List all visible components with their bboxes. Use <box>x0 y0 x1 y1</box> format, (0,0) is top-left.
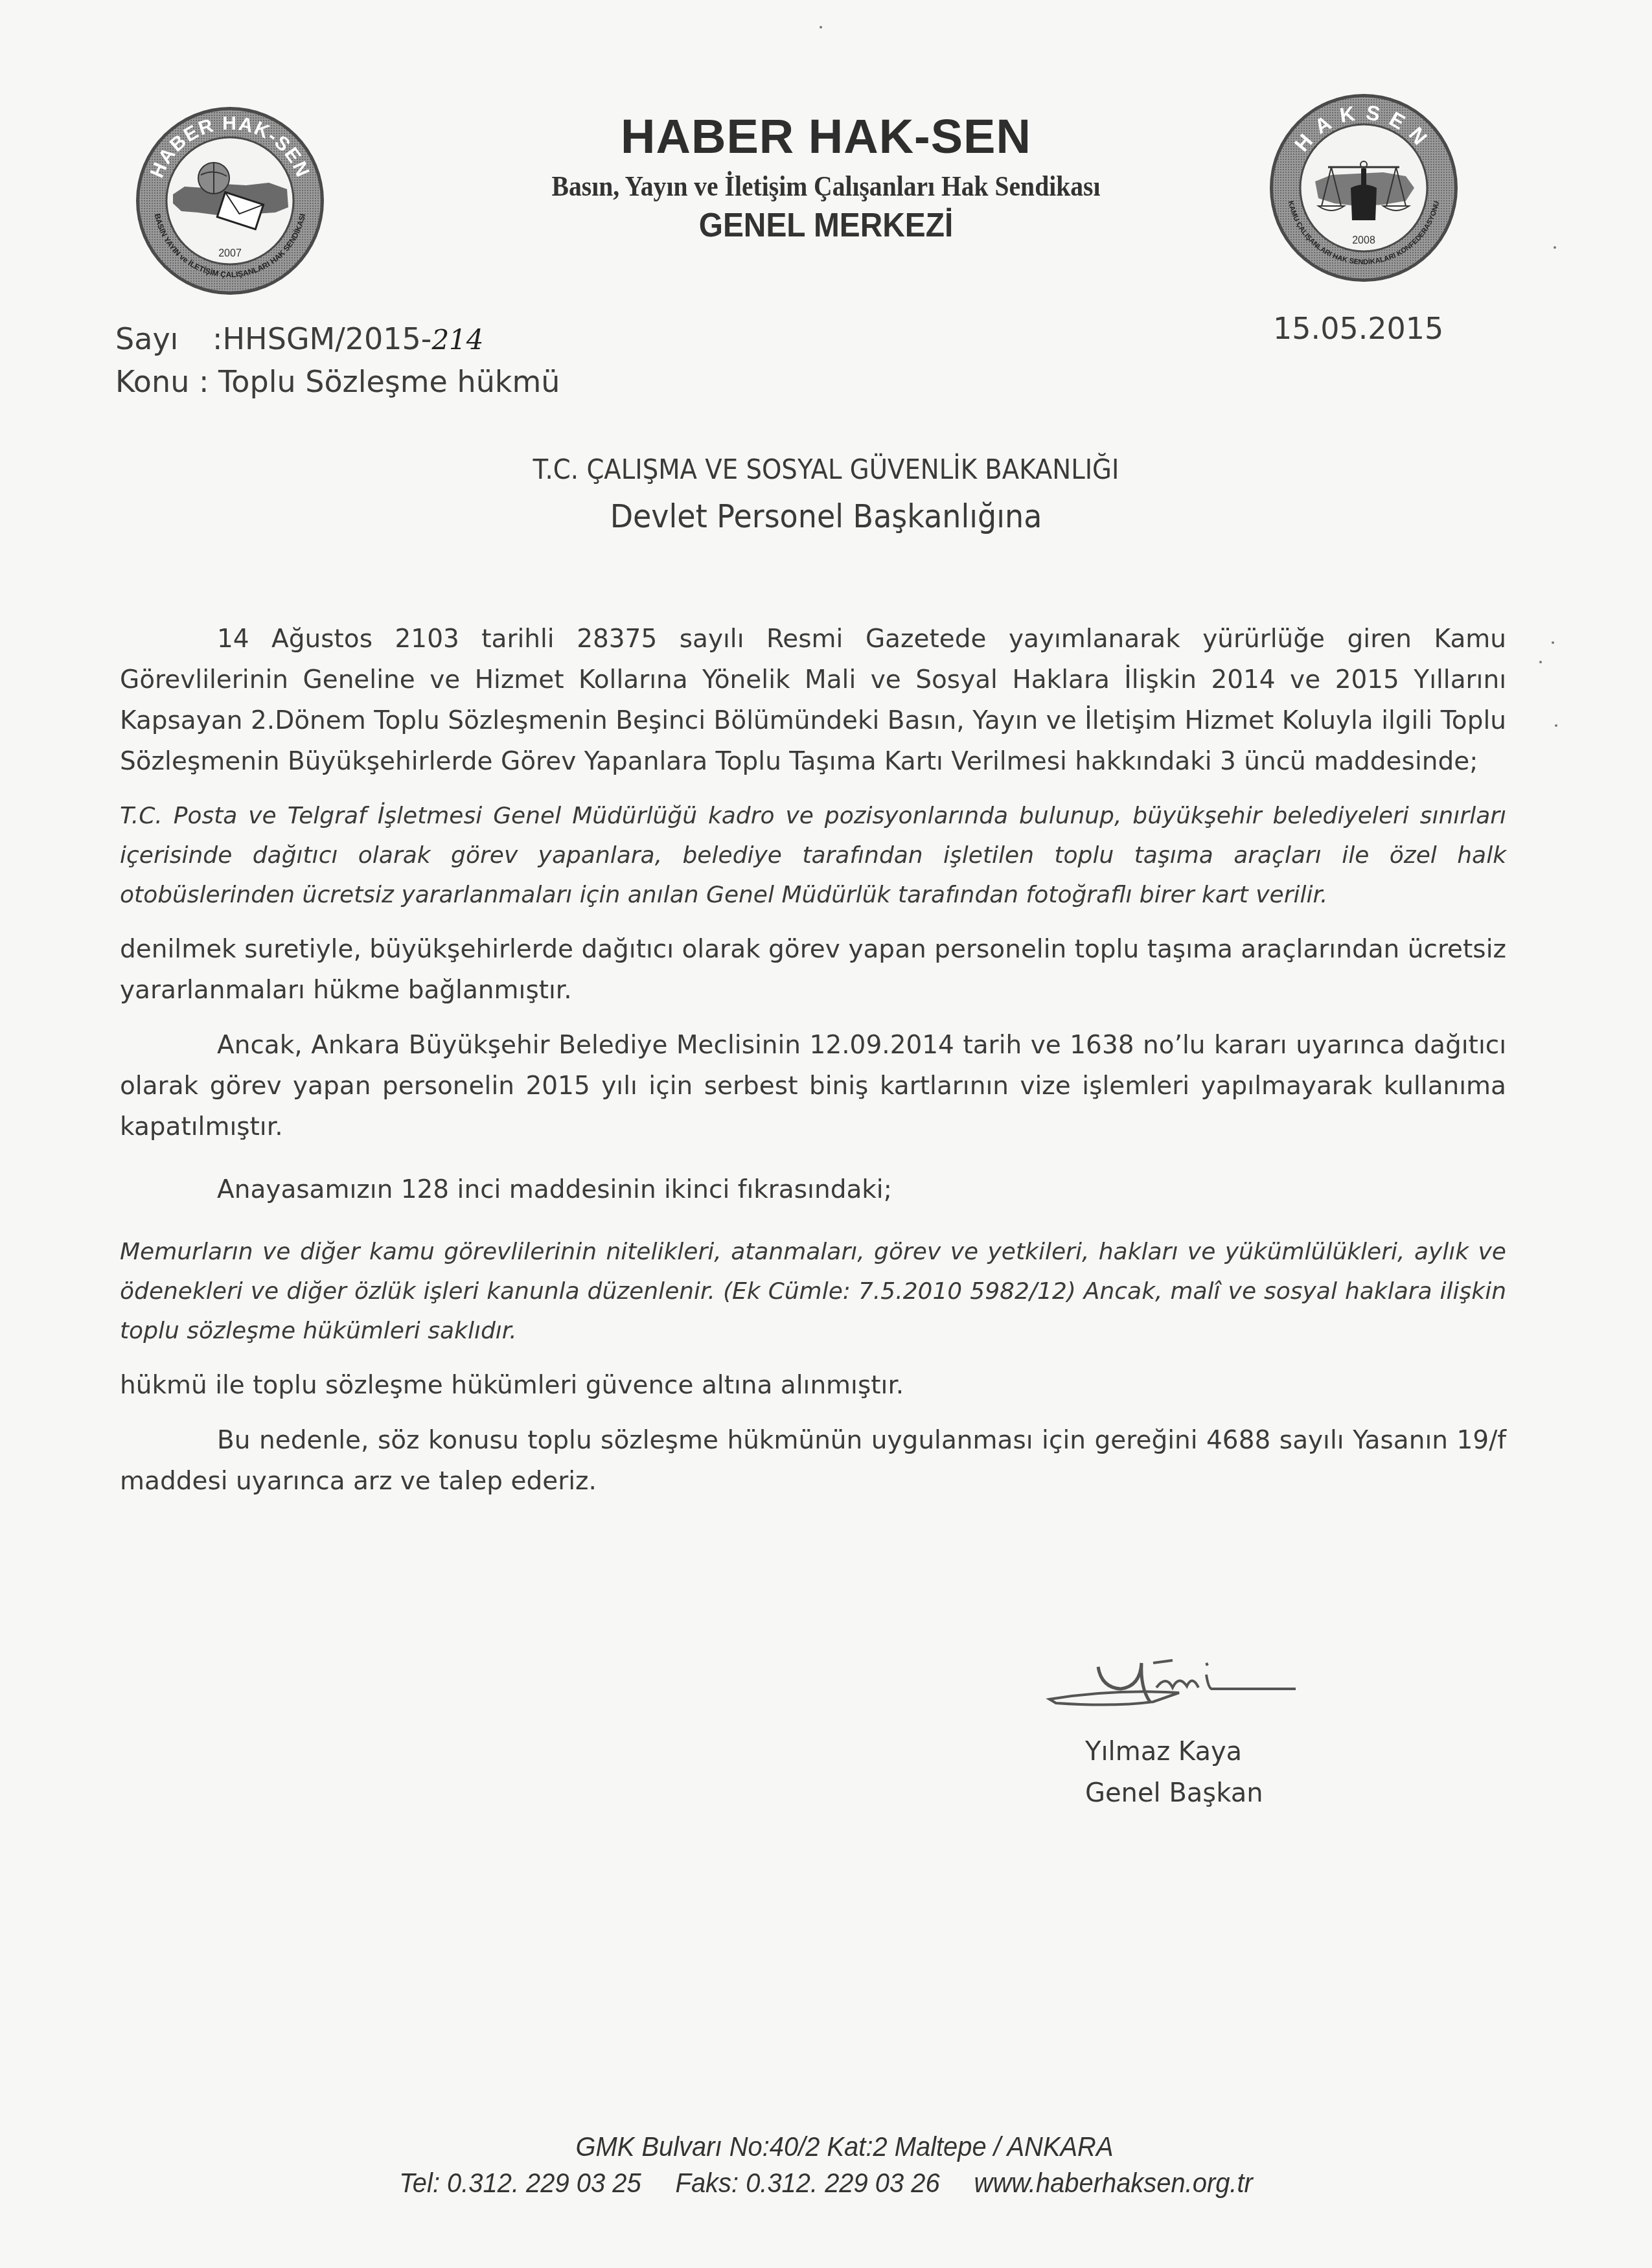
paragraph-5: hükmü ile toplu sözleşme hükümleri güven… <box>120 1365 1506 1406</box>
svg-text:2007: 2007 <box>218 248 242 259</box>
paragraph-4: Anayasamızın 128 inci maddesinin ikinci … <box>120 1169 1506 1210</box>
paragraph-2: denilmek suretiyle, büyükşehirlerde dağı… <box>120 929 1506 1011</box>
paragraph-3: Ancak, Ankara Büyükşehir Belediye Meclis… <box>120 1025 1506 1147</box>
scan-speck <box>1552 641 1554 644</box>
subject-label: Konu <box>115 364 189 399</box>
scan-speck <box>820 26 822 29</box>
reference-value: :HHSGM/2015- <box>212 321 431 356</box>
paragraph-6: Bu nedenle, söz konusu toplu sözleşme hü… <box>120 1420 1506 1502</box>
addressee-ministry: T.C. ÇALIŞMA VE SOSYAL GÜVENLİK BAKANLIĞ… <box>66 453 1586 485</box>
organization-office: GENEL MERKEZİ <box>66 206 1586 245</box>
signer-block: Yılmaz Kaya Genel Başkan <box>1085 1731 1263 1814</box>
addressee-department: Devlet Personel Başkanlığına <box>66 498 1586 535</box>
quoted-article-1: T.C. Posta ve Telgraf İşletmesi Genel Mü… <box>120 796 1506 915</box>
scan-speck <box>1555 724 1557 727</box>
footer-tel: Tel: 0.312. 229 03 25 <box>399 2168 641 2198</box>
letter-date: 15.05.2015 <box>1273 311 1443 346</box>
subject-line: Konu : Toplu Sözleşme hükmü <box>115 364 560 399</box>
signer-name: Yılmaz Kaya <box>1085 1731 1263 1772</box>
quoted-constitution-article: Memurların ve diğer kamu görevlilerinin … <box>120 1232 1506 1351</box>
reference-number: Sayı:HHSGM/2015-214 <box>115 321 484 356</box>
scan-speck <box>1554 246 1556 249</box>
scan-speck <box>1539 661 1542 663</box>
handwritten-signature-icon <box>1037 1649 1309 1720</box>
reference-label: Sayı <box>115 321 212 356</box>
footer-fax: Faks: 0.312. 229 03 26 <box>676 2168 940 2198</box>
signer-title: Genel Başkan <box>1085 1772 1263 1814</box>
organization-name: HABER HAK-SEN <box>0 109 1652 164</box>
footer-website-link[interactable]: www.haberhaksen.org.tr <box>974 2168 1253 2198</box>
footer-contact: GMK Bulvarı No:40/2 Kat:2 Maltepe / ANKA… <box>0 2131 1652 2199</box>
paragraph-1: 14 Ağustos 2103 tarihli 28375 sayılı Res… <box>120 619 1506 782</box>
organization-subtitle: Basın, Yayın ve İletişim Çalışanları Hak… <box>83 170 1570 203</box>
reference-handwritten-number: 214 <box>431 324 483 356</box>
footer-address: GMK Bulvarı No:40/2 Kat:2 Maltepe / ANKA… <box>41 2131 1611 2162</box>
letter-page: HABER HAK-SEN BASIN YAYIN ve İLETİŞİM ÇA… <box>0 0 1652 2268</box>
letter-body: 14 Ağustos 2103 tarihli 28375 sayılı Res… <box>120 619 1506 1502</box>
subject-value: : Toplu Sözleşme hükmü <box>199 364 560 399</box>
